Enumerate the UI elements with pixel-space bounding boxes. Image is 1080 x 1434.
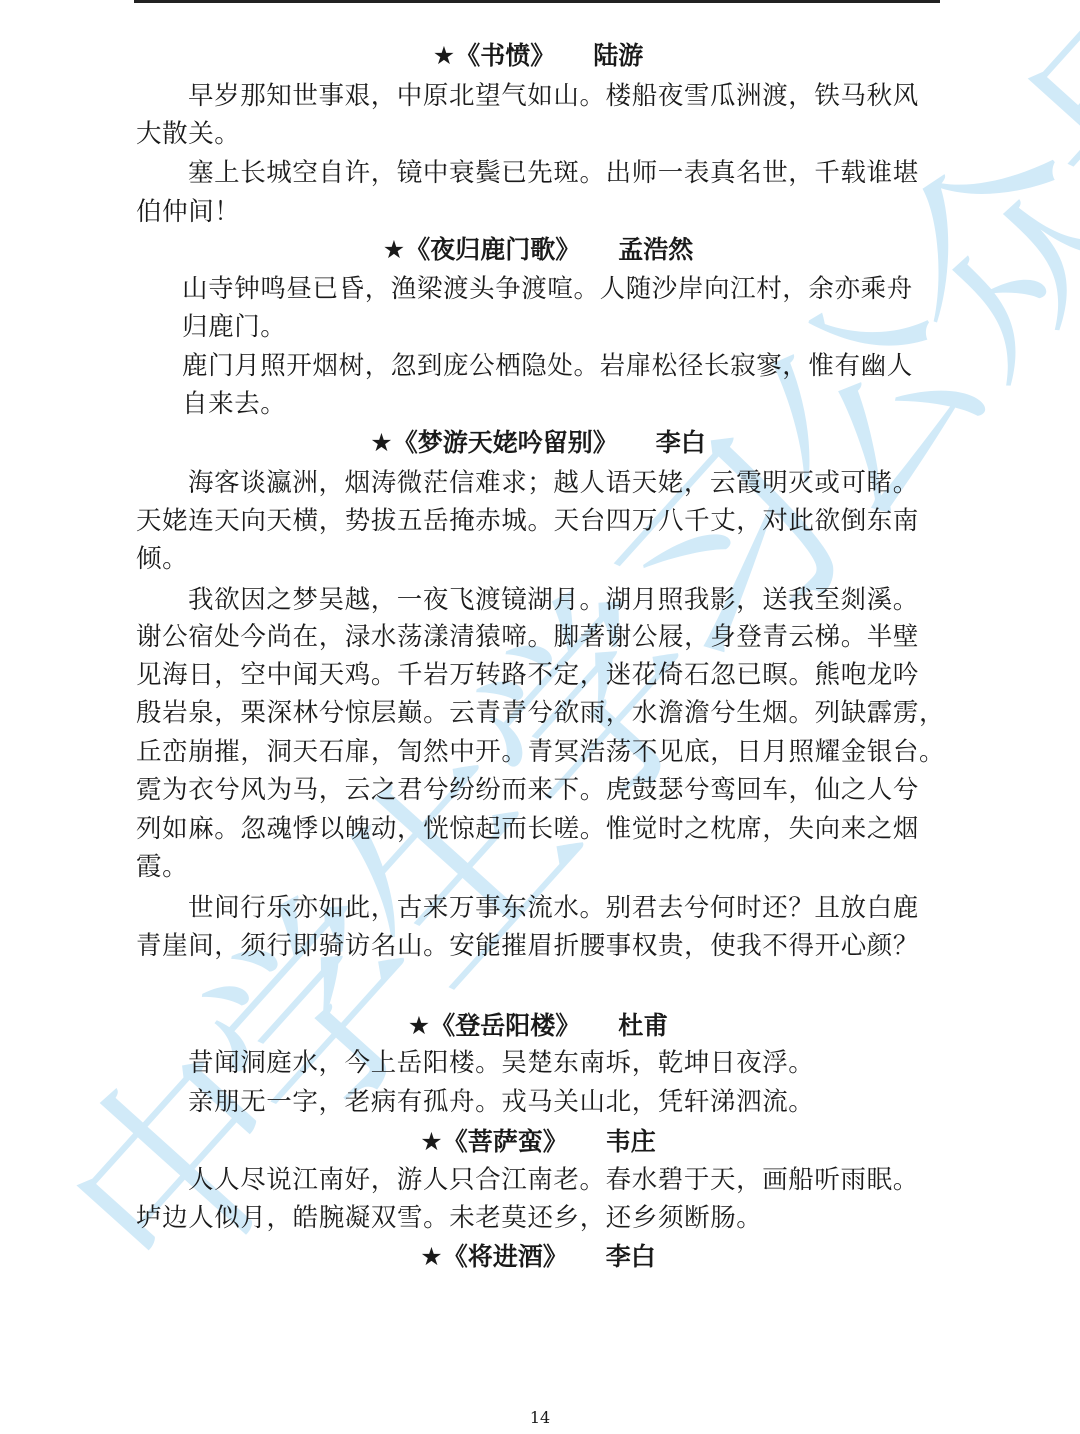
poem-line: 丘峦崩摧，洞天石扉，訇然中开。青冥浩荡不见底，日月照耀金银台。 <box>136 736 945 768</box>
poem-line: 见海日，空中闻天鸡。千岩万转路不定，迷花倚石忽已暝。熊咆龙吟 <box>136 659 919 691</box>
poem-title: ★《梦游天姥吟留别》李白 <box>136 428 940 458</box>
poem-line: 塞上长城空自许，镜中衰鬓已先斑。出师一表真名世，千载谁堪 <box>188 157 919 189</box>
poem-author: 韦庄 <box>606 1127 656 1156</box>
poem-line: 亲朋无一字，老病有孤舟。戎马关山北，凭轩涕泗流。 <box>188 1086 814 1118</box>
poem-name: ★《梦游天姥吟留别》 <box>370 428 617 457</box>
poem-line: 昔闻洞庭水，今上岳阳楼。吴楚东南坼，乾坤日夜浮。 <box>188 1047 814 1079</box>
poem-line: 伯仲间！ <box>136 196 240 228</box>
poem-name: ★《登岳阳楼》 <box>408 1011 580 1040</box>
poem-title: ★《将进酒》李白 <box>136 1242 940 1272</box>
poem-name: ★《将进酒》 <box>420 1242 567 1271</box>
poem-line: 世间行乐亦如此，古来万事东流水。别君去兮何时还？且放白鹿 <box>188 892 919 924</box>
poem-name: ★《菩萨蛮》 <box>420 1127 567 1156</box>
poem-title: ★《登岳阳楼》杜甫 <box>136 1011 940 1041</box>
poem-author: 李白 <box>656 428 706 457</box>
poem-author: 李白 <box>606 1242 656 1271</box>
poem-author: 孟浩然 <box>618 235 693 264</box>
poem-line: 海客谈瀛洲，烟涛微茫信难求；越人语天姥，云霞明灭或可睹。 <box>188 467 919 499</box>
poem-line: 自来去。 <box>182 388 286 420</box>
poem-line: 倾。 <box>136 543 188 575</box>
poem-title: ★《书愤》陆游 <box>136 41 940 71</box>
poem-line: 山寺钟鸣昼已昏，渔梁渡头争渡喧。人随沙岸向江村，余亦乘舟 <box>182 273 913 305</box>
poem-name: ★《书愤》 <box>433 41 555 70</box>
poem-author: 陆游 <box>593 41 643 70</box>
poem-line: 垆边人似月，皓腕凝双雪。未老莫还乡，还乡须断肠。 <box>136 1202 762 1234</box>
poem-line: 天姥连天向天横，势拔五岳掩赤城。天台四万八千丈，对此欲倒东南 <box>136 505 919 537</box>
poem-line: 归鹿门。 <box>182 311 286 343</box>
poem-title: ★《夜归鹿门歌》孟浩然 <box>136 235 940 265</box>
poem-line: 霓为衣兮风为马，云之君兮纷纷而来下。虎鼓瑟兮鸾回车，仙之人兮 <box>136 774 919 806</box>
poem-line: 殷岩泉，栗深林兮惊层巅。云青青兮欲雨，水澹澹兮生烟。列缺霹雳， <box>136 697 945 729</box>
top-rule <box>134 0 940 3</box>
poem-line: 青崖间，须行即骑访名山。安能摧眉折腰事权贵，使我不得开心颜？ <box>136 930 919 962</box>
poem-line: 我欲因之梦吴越，一夜飞渡镜湖月。湖月照我影，送我至剡溪。 <box>188 584 919 616</box>
page-number: 14 <box>0 1408 1080 1427</box>
poem-line: 人人尽说江南好，游人只合江南老。春水碧于天，画船听雨眠。 <box>188 1164 919 1196</box>
poem-line: 列如麻。忽魂悸以魄动，恍惊起而长嗟。惟觉时之枕席，失向来之烟 <box>136 813 919 845</box>
poem-line: 早岁那知世事艰，中原北望气如山。楼船夜雪瓜洲渡，铁马秋风 <box>188 80 919 112</box>
poem-author: 杜甫 <box>618 1011 668 1040</box>
poem-line: 霞。 <box>136 851 188 883</box>
poem-name: ★《夜归鹿门歌》 <box>383 235 580 264</box>
poem-line: 鹿门月照开烟树，忽到庞公栖隐处。岩扉松径长寂寥，惟有幽人 <box>182 350 913 382</box>
poem-line: 谢公宿处今尚在，渌水荡漾清猿啼。脚著谢公屐，身登青云梯。半壁 <box>136 621 919 653</box>
poem-title: ★《菩萨蛮》韦庄 <box>136 1127 940 1157</box>
poem-line: 大散关。 <box>136 118 240 150</box>
